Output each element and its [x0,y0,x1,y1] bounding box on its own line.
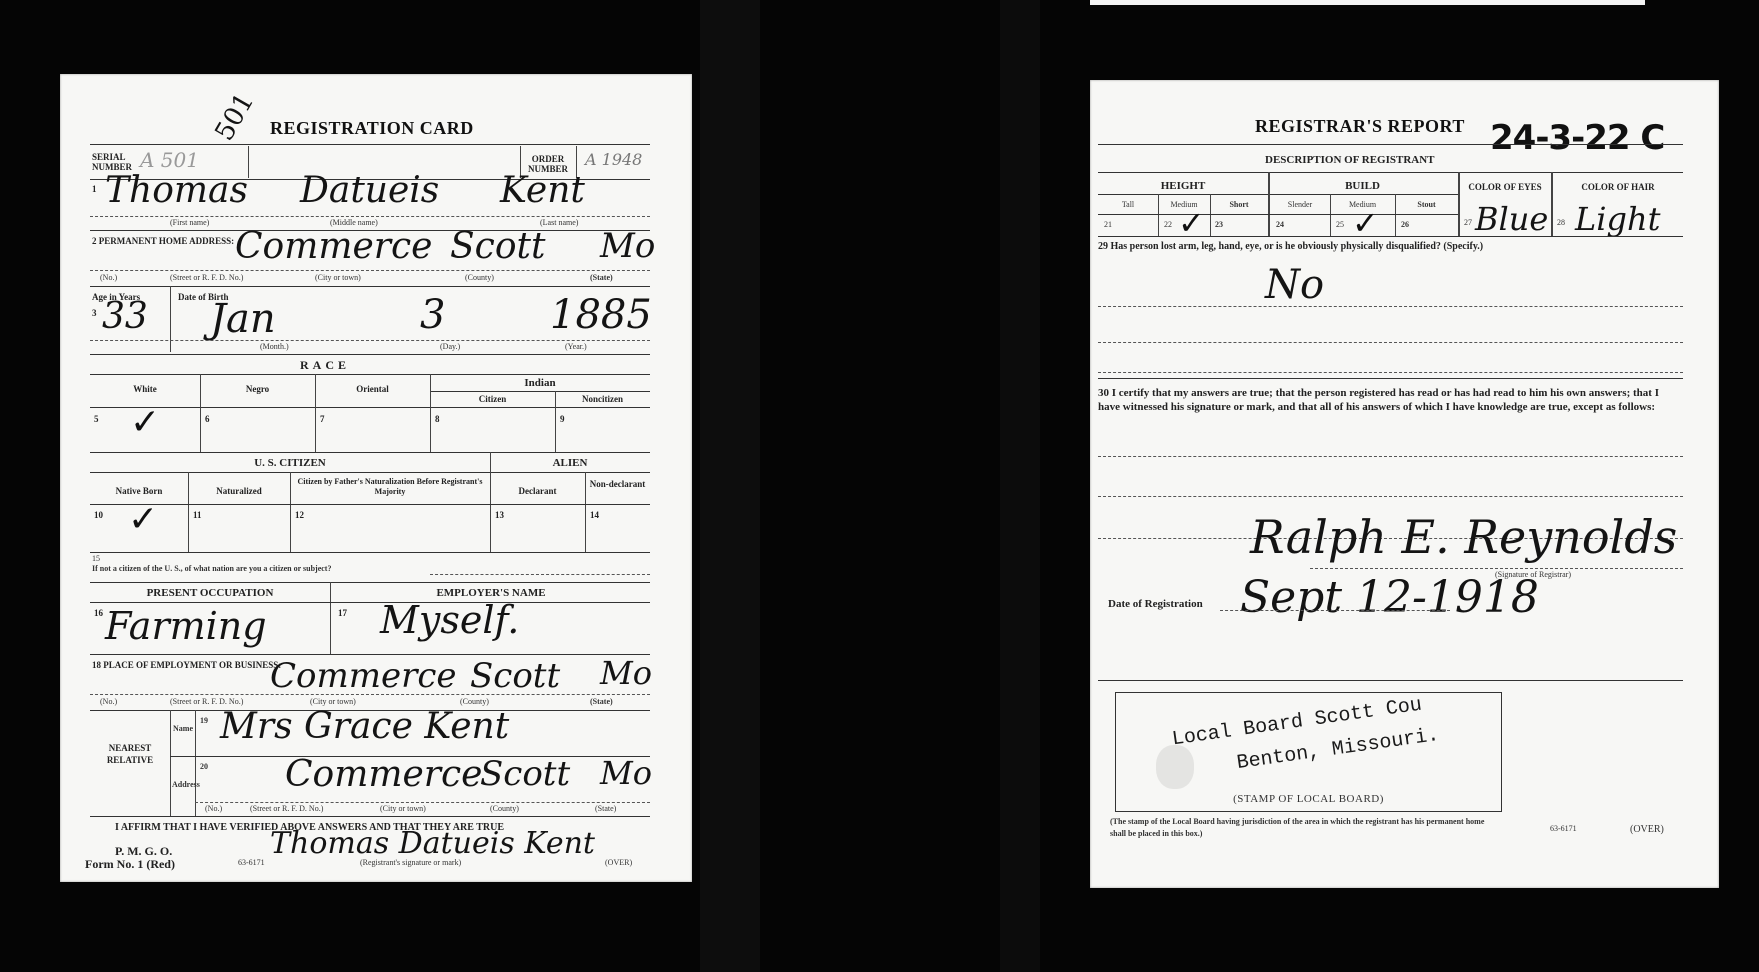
cit-11-num: 11 [193,510,202,520]
eyes-heading: COLOR OF EYES [1460,182,1550,193]
home-city: Commerce [235,226,432,267]
hair-heading: COLOR OF HAIR [1553,182,1683,193]
employer-num: 17 [338,608,347,618]
b25-num: 25 [1336,220,1344,229]
declarant-label: Declarant [490,486,585,496]
nearest-relative-label: NEAREST RELATIVE [90,742,170,766]
stamp-footnote: (The stamp of the Local Board having jur… [1110,816,1500,840]
addr-no-label: (No.) [100,273,117,282]
alien-heading: ALIEN [490,457,650,469]
field30-certification: 30 I certify that my answers are true; t… [1098,386,1683,414]
height-heading: HEIGHT [1098,180,1268,192]
dob-day: 3 [420,292,445,338]
relative-address-num: 20 [200,762,208,771]
rel-city-label: (City or town) [380,804,426,813]
home-county: Scott [450,226,545,267]
serial-number-value: A 501 [140,148,199,172]
rel-street-label: (Street or R. F. D. No.) [250,804,323,813]
film-band [700,0,760,972]
report-stamp-code: 24-3-22 C [1490,118,1664,158]
us-citizen-heading: U. S. CITIZEN [90,457,490,469]
registration-card-front: 501 REGISTRATION CARD SERIAL NUMBER A 50… [60,74,692,882]
race-heading: RACE [300,358,350,373]
dob-month-label: (Month.) [260,342,289,351]
local-board-stamp-box: Local Board Scott Cou Benton, Missouri. … [1115,692,1502,812]
employment-place-label: 18 PLACE OF EMPLOYMENT OR BUSINESS: [92,660,281,670]
race-indian-heading: Indian [430,377,650,389]
registrars-report-back: REGISTRAR'S REPORT 24-3-22 C DESCRIPTION… [1090,80,1719,888]
h21-num: 21 [1104,220,1112,229]
stamp-number: 501 [209,88,260,146]
home-state: Mo [600,226,655,266]
height-short-label: Short [1210,200,1268,209]
employer-value: Myself. [380,598,519,642]
age-value: 33 [102,296,148,337]
race-oriental-label: Oriental [315,384,430,394]
description-heading: DESCRIPTION OF REGISTRANT [1265,154,1435,166]
native-born-checkmark: ✓ [128,499,158,540]
build-stout-label: Stout [1395,200,1458,209]
form-number: Form No. 1 (Red) [85,857,175,872]
film-edge-strip [1090,0,1645,5]
registration-date-value: Sept 12-1918 [1240,572,1539,623]
serial-number-label: SERIAL NUMBER [92,152,132,172]
race-9-num: 9 [560,414,565,424]
build-slender-label: Slender [1270,200,1330,209]
race-white-label: White [90,384,200,394]
order-number-value: A 1948 [585,150,642,169]
registration-date-label: Date of Registration [1108,598,1203,610]
home-address-label: 2 PERMANENT HOME ADDRESS: [92,236,234,246]
registrar-signature: Ralph E. Reynolds [1250,510,1677,564]
report-print-code: 63-6171 [1550,824,1577,833]
height-tall-label: Tall [1098,200,1158,209]
rel-state-label: (State) [595,804,616,813]
dob-year-label: (Year.) [565,342,587,351]
cit-13-num: 13 [495,510,504,520]
field29-value: No [1265,262,1324,308]
middle-name: Datueis [300,170,439,211]
hair-num: 28 [1557,218,1565,227]
h22-num: 22 [1164,220,1172,229]
race-indian-citizen-label: Citizen [430,394,555,404]
film-band [1000,0,1040,972]
hair-value: Light [1575,200,1660,238]
registrant-signature: Thomas Datueis Kent [270,826,595,861]
emp-city-label: (City or town) [310,697,356,706]
last-name-label: (Last name) [540,218,578,227]
race-5-num: 5 [94,414,99,424]
signature-label: (Registrant's signature or mark) [360,858,461,867]
occupation-value: Farming [105,604,267,648]
employment-state: Mo [600,654,652,692]
relative-address-county: Scott [480,754,570,794]
emp-state-label: (State) [590,697,613,706]
occupation-num: 16 [94,608,103,618]
employment-county: Scott [470,656,560,696]
relative-name-num: 19 [200,716,208,725]
race-white-checkmark: ✓ [130,402,160,443]
employment-city: Commerce [270,656,457,696]
race-7-num: 7 [320,414,325,424]
relative-name-label: Name [173,724,193,733]
cit-14-num: 14 [590,510,599,520]
rel-county-label: (County) [490,804,519,813]
addr-state-label: (State) [590,273,613,282]
relative-address-city: Commerce [285,754,482,795]
field15-label: If not a citizen of the U. S., of what n… [92,564,331,573]
cit-12-num: 12 [295,510,304,520]
father-naturalization-label: Citizen by Father's Naturalization Befor… [292,477,488,497]
print-code: 63-6171 [238,858,265,867]
occupation-heading: PRESENT OCCUPATION [90,587,330,599]
report-title: REGISTRAR'S REPORT [1255,116,1465,137]
field15-num: 15 [92,554,100,563]
race-indian-noncitizen-label: Noncitizen [555,394,650,404]
addr-street-label: (Street or R. F. D. No.) [170,273,243,282]
dob-day-label: (Day.) [440,342,460,351]
relative-address-label: Address [172,780,200,789]
race-negro-label: Negro [200,384,315,394]
age-num: 3 [92,308,97,318]
emp-county-label: (County) [460,697,489,706]
eyes-value: Blue [1475,200,1548,238]
dob-month: Jan [210,296,276,342]
b24-num: 24 [1276,220,1284,229]
build-heading: BUILD [1270,180,1455,192]
report-over-label: (OVER) [1630,824,1664,835]
over-label: (OVER) [605,858,632,867]
h23-num: 23 [1215,220,1223,229]
stamp-caption: (STAMP OF LOCAL BOARD) [1116,793,1501,805]
cit-10-num: 10 [94,510,103,520]
relative-name-value: Mrs Grace Kent [220,706,509,747]
field29-label: 29 Has person lost arm, leg, hand, eye, … [1098,240,1683,253]
first-name-label: (First name) [170,218,209,227]
seal-icon [1156,745,1194,789]
eyes-num: 27 [1464,218,1472,227]
addr-city-label: (City or town) [315,273,361,282]
emp-no-label: (No.) [100,697,117,706]
naturalized-label: Naturalized [188,486,290,496]
first-name: Thomas [105,170,248,211]
dob-year: 1885 [550,292,652,338]
relative-address-state: Mo [600,754,652,792]
race-6-num: 6 [205,414,210,424]
native-born-label: Native Born [90,486,188,496]
last-name: Kent [500,170,585,211]
addr-county-label: (County) [465,273,494,282]
non-declarant-label: Non-declarant [585,479,650,489]
b26-num: 26 [1401,220,1409,229]
emp-street-label: (Street or R. F. D. No.) [170,697,243,706]
rel-no-label: (No.) [205,804,222,813]
race-8-num: 8 [435,414,440,424]
card-title: REGISTRATION CARD [270,118,474,139]
